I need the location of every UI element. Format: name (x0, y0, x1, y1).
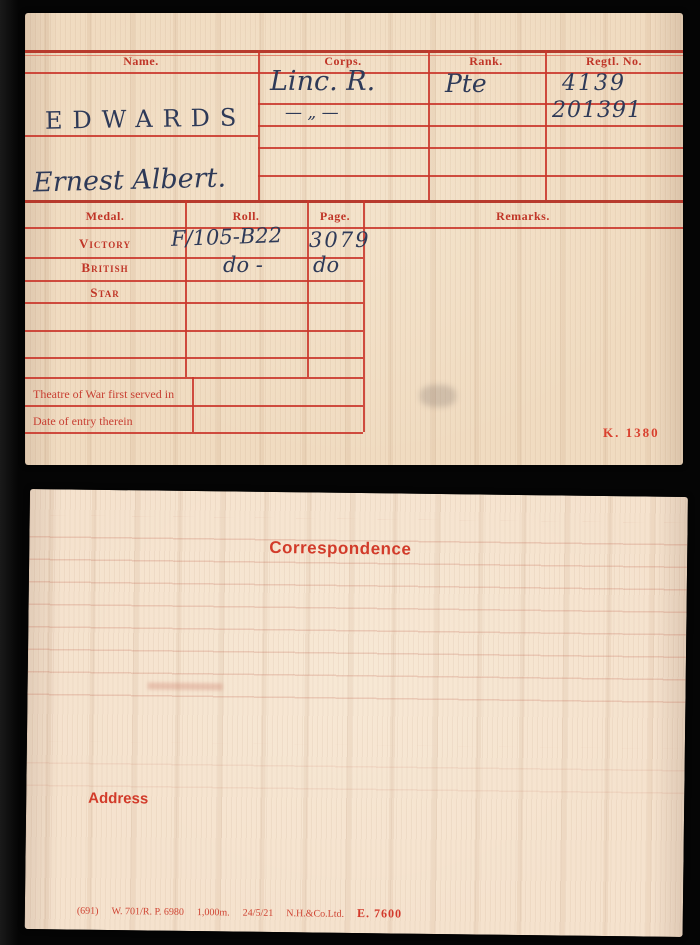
grid-line (25, 302, 363, 304)
printer-imprint-line: (691)W. 701/R. P. 69801,000m.24/5/21N.H.… (77, 903, 415, 922)
british-page-ditto-handwriting: do (313, 253, 339, 277)
form-reference-stamp: K. 1380 (603, 425, 660, 441)
grid-line (25, 135, 258, 137)
grid-line (25, 280, 363, 282)
corps-ditto-handwriting: — „ — (285, 103, 339, 123)
grid-line (258, 125, 683, 127)
regtl-no-column-header: Regtl. No. (586, 54, 642, 69)
medal-row-victory: Victory (79, 236, 131, 252)
grid-line (25, 357, 363, 359)
roll-column-header: Roll. (233, 209, 260, 224)
surname-handwriting: EDWARDS (45, 103, 247, 135)
faint-stamp-mark (148, 682, 223, 690)
grid-line (25, 405, 363, 407)
victory-page-handwriting: 3079 (309, 228, 370, 252)
medal-row-british: British (81, 260, 128, 276)
medal-index-card-back: Correspondence Address (691)W. 701/R. P.… (25, 489, 688, 937)
smudge-mark (420, 385, 456, 407)
british-roll-ditto-handwriting: do - (223, 253, 263, 277)
grid-line (25, 330, 363, 332)
rank-handwriting: Pte (445, 69, 487, 98)
victory-roll-handwriting: F/105-B22 (171, 223, 283, 251)
medal-row-star: Star (90, 285, 120, 301)
grid-line (25, 377, 363, 379)
date-of-entry-label: Date of entry therein (33, 414, 133, 429)
grid-line (545, 50, 547, 200)
imprint-token: 1,000m. (197, 907, 230, 918)
remarks-column-header: Remarks. (496, 209, 550, 224)
grid-line (428, 50, 430, 200)
regtl-no-2-handwriting: 201391 (552, 98, 642, 123)
grid-line (25, 432, 363, 434)
grid-line (258, 175, 683, 177)
imprint-token: (691) (77, 906, 99, 917)
imprint-reference: E. 7600 (357, 906, 402, 921)
corps-handwriting: Linc. R. (270, 66, 375, 97)
regtl-no-1-handwriting: 4139 (562, 71, 626, 96)
rank-column-header: Rank. (469, 54, 503, 69)
grid-line (25, 50, 683, 53)
medal-column-header: Medal. (86, 209, 125, 224)
grid-line (25, 200, 683, 203)
grid-line (307, 200, 309, 377)
correspondence-heading: Correspondence (269, 538, 411, 560)
imprint-token: N.H.&Co.Ltd. (286, 908, 344, 920)
page-column-header: Page. (320, 209, 350, 224)
medal-index-card-front: Name. Corps. Rank. Regtl. No. EDWARDS Er… (25, 13, 683, 465)
scanner-background: Name. Corps. Rank. Regtl. No. EDWARDS Er… (0, 0, 700, 945)
address-label: Address (88, 790, 148, 808)
grid-line (258, 50, 260, 200)
theatre-of-war-label: Theatre of War first served in (33, 387, 174, 402)
grid-line (192, 377, 194, 432)
grid-line (258, 147, 683, 149)
imprint-token: W. 701/R. P. 6980 (111, 906, 184, 918)
name-column-header: Name. (123, 54, 159, 69)
imprint-token: 24/5/21 (243, 908, 274, 919)
forenames-handwriting: Ernest Albert. (33, 162, 227, 198)
